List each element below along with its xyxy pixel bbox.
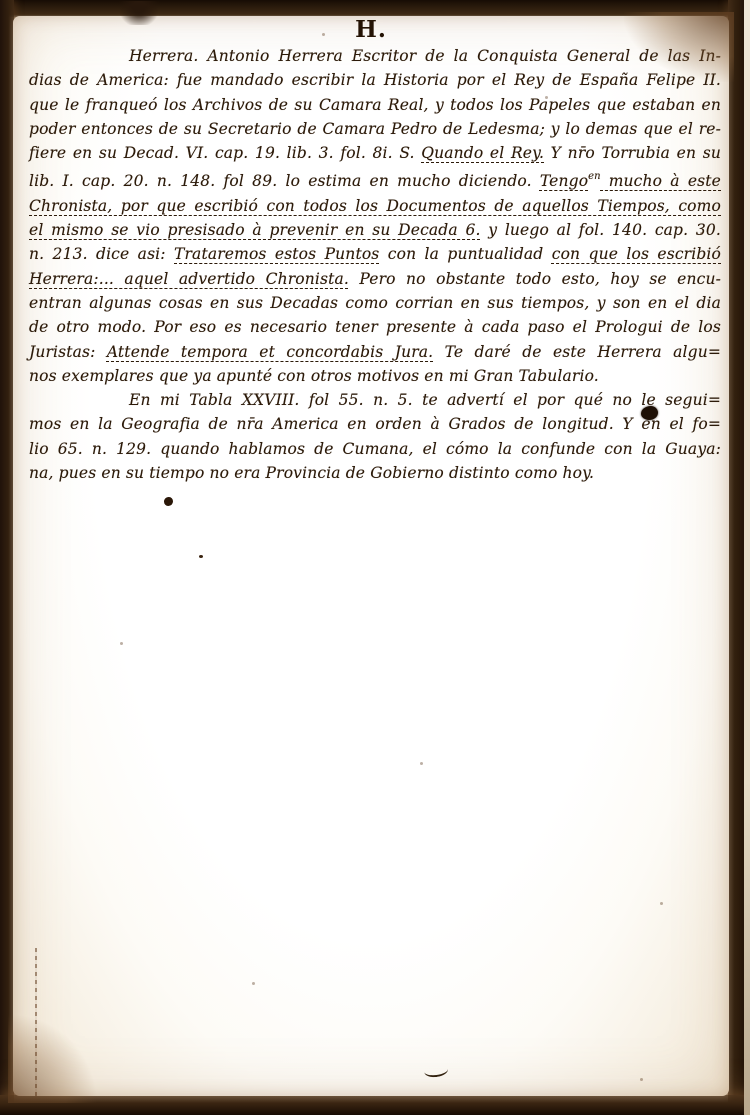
page-border-left [0, 0, 14, 1115]
text-segment: fiere en su Decad. VI. cap. 19. lib. 3. … [29, 144, 421, 162]
text-segment: En mi Tabla XXVIII. fol 55. n. 5. te adv… [129, 391, 721, 409]
manuscript-line: entran algunas cosas en sus Decadas como… [29, 291, 721, 315]
superscript-insertion: en [588, 171, 600, 182]
page-header-letter: H. [13, 16, 729, 43]
manuscript-line: Chronista, por que escribió con todos lo… [29, 194, 721, 218]
text-segment: na, pues en su tiempo no era Provincia d… [29, 464, 594, 482]
manuscript-line: En mi Tabla XXVIII. fol 55. n. 5. te adv… [29, 388, 721, 412]
underlined-text: mucho à este [601, 172, 721, 190]
page-border-top [0, 0, 750, 17]
text-segment: poder entonces de su Secretario de Camar… [29, 120, 721, 138]
text-segment: dias de America: fue mandado escribir la… [29, 71, 721, 89]
underlined-text: Tengo [540, 172, 588, 190]
text-segment: nos exemplares que ya apunté con otros m… [29, 367, 599, 385]
page-border-right [728, 0, 744, 1115]
text-segment: y luego al fol. 140. cap. 30. [481, 221, 721, 239]
underlined-text: el mismo se vio presisado à prevenir en … [29, 221, 481, 239]
text-segment: Herrera. Antonio Herrera Escritor de la … [129, 47, 721, 65]
underlined-text: con que los escribió [552, 245, 721, 263]
scanned-manuscript-page: H. Herrera. Antonio Herrera Escritor de … [0, 0, 750, 1115]
scan-edge-sliver [744, 0, 750, 1115]
underlined-text: Trataremos estos Puntos [174, 245, 379, 263]
manuscript-line: Herrera. Antonio Herrera Escritor de la … [29, 44, 721, 68]
underlined-text: Herrera:... aquel advertido Chronista. [29, 270, 349, 288]
manuscript-line: na, pues en su tiempo no era Provincia d… [29, 461, 721, 485]
manuscript-line: fiere en su Decad. VI. cap. 19. lib. 3. … [29, 141, 721, 165]
manuscript-line: poder entonces de su Secretario de Camar… [29, 117, 721, 141]
text-segment: Pero no obstante todo esto, hoy se encu- [349, 270, 721, 288]
text-segment: lio 65. n. 129. quando hablamos de Cuman… [29, 440, 721, 458]
text-segment: que le franqueó los Archivos de su Camar… [29, 96, 721, 114]
manuscript-text: Herrera. Antonio Herrera Escritor de la … [29, 44, 721, 485]
text-segment: Juristas: [29, 343, 107, 361]
text-segment: lib. I. cap. 20. n. 148. fol 89. lo esti… [29, 172, 540, 190]
underlined-text: Chronista, por que escribió con todos lo… [29, 197, 721, 215]
underlined-text: Quando el Rey. [421, 144, 544, 162]
manuscript-line: mos en la Geografia de nr̄a America en o… [29, 412, 721, 436]
page-border-bottom [0, 1095, 750, 1115]
manuscript-line: n. 213. dice asi: Trataremos estos Punto… [29, 242, 721, 266]
manuscript-line: que le franqueó los Archivos de su Camar… [29, 93, 721, 117]
text-segment: mos en la Geografia de nr̄a America en o… [29, 415, 721, 433]
text-segment: con la puntualidad [379, 245, 551, 263]
text-segment: n. 213. dice asi: [29, 245, 174, 263]
manuscript-line: de otro modo. Por eso es necesario tener… [29, 315, 721, 339]
manuscript-line: Juristas: Attende tempora et concordabis… [29, 340, 721, 364]
manuscript-line: lio 65. n. 129. quando hablamos de Cuman… [29, 437, 721, 461]
manuscript-line: el mismo se vio presisado à prevenir en … [29, 218, 721, 242]
text-segment: entran algunas cosas en sus Decadas como… [29, 294, 721, 312]
underlined-text: Attende tempora et concordabis Jura. [107, 343, 433, 361]
text-segment: de otro modo. Por eso es necesario tener… [29, 318, 721, 336]
manuscript-line: dias de America: fue mandado escribir la… [29, 68, 721, 92]
manuscript-line: lib. I. cap. 20. n. 148. fol 89. lo esti… [29, 165, 721, 193]
text-segment: Y nr̄o Torrubia en su [544, 144, 721, 162]
text-segment: Te daré de este Herrera algu= [433, 343, 721, 361]
manuscript-paper: H. Herrera. Antonio Herrera Escritor de … [13, 16, 729, 1096]
manuscript-line: Herrera:... aquel advertido Chronista. P… [29, 267, 721, 291]
manuscript-line: nos exemplares que ya apunté con otros m… [29, 364, 721, 388]
